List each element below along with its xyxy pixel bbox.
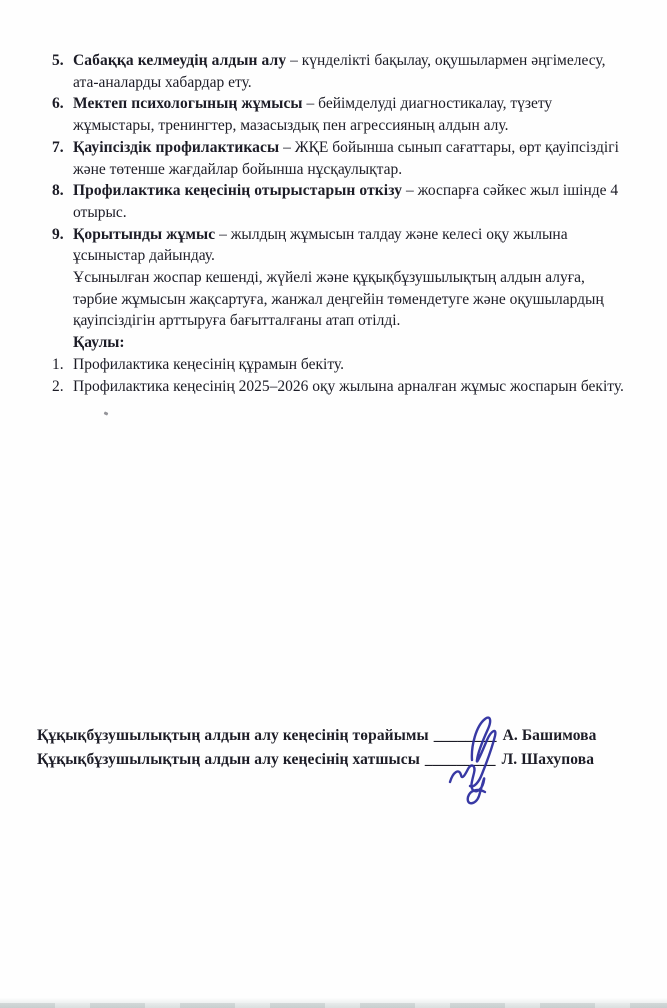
signature-row-secretary: Құқықбұзушылықтың алдын алу кеңесінің ха… (37, 748, 627, 772)
list-item-number: 7. (52, 137, 73, 159)
signature-line: ________ (434, 727, 497, 744)
signature-label: Құқықбұзушылықтың алдын алу кеңесінің ха… (37, 751, 420, 768)
list-item-number: 5. (52, 50, 73, 72)
list-item-lead: Қауіпсіздік профилактикасы (73, 139, 279, 156)
list-item-lead: Қорытынды жұмыс (73, 226, 215, 243)
list-item-number: 2. (52, 376, 73, 398)
list-item: 8. Профилактика кеңесінің отырыстарын от… (52, 180, 627, 223)
list-item-lead: Профилактика кеңесінің отырыстарын откіз… (73, 182, 402, 199)
signature-row-chairman: Құқықбұзушылықтың алдын алу кеңесінің тө… (37, 724, 627, 748)
resolution-heading: Қаулы: (73, 332, 627, 354)
list-item: 9. Қорытынды жұмыс – жылдың жұмысын талд… (52, 224, 627, 267)
signature-label: Құқықбұзушылықтың алдын алу кеңесінің тө… (37, 727, 429, 744)
list-item-number: 1. (52, 354, 73, 376)
list-item-text: Профилактика кеңесінің 2025–2026 оқу жыл… (73, 376, 627, 398)
scan-speck (104, 411, 109, 415)
list-item: 2. Профилактика кеңесінің 2025–2026 оқу … (52, 376, 627, 398)
signature-line: _________ (425, 751, 496, 768)
list-item-number: 6. (52, 93, 73, 115)
summary-paragraph: Ұсынылған жоспар кешенді, жүйелі және құ… (73, 267, 627, 332)
scan-bottom-edge (0, 995, 667, 1008)
list-item: 5. Сабаққа келмеудің алдын алу – күнделі… (52, 50, 627, 93)
list-item: 1. Профилактика кеңесінің құрамын бекіту… (52, 354, 627, 376)
list-item-number: 9. (52, 224, 73, 246)
list-item-number: 8. (52, 180, 73, 202)
list-item: 6. Мектеп психологының жұмысы – бейімдел… (52, 93, 627, 136)
document-page: 5. Сабаққа келмеудің алдын алу – күнделі… (0, 0, 667, 1008)
signature-block: Құқықбұзушылықтың алдын алу кеңесінің тө… (37, 724, 627, 772)
list-item-lead: Сабаққа келмеудің алдын алу (73, 52, 286, 69)
list-item-lead: Мектеп психологының жұмысы (73, 95, 303, 112)
list-item: 7. Қауіпсіздік профилактикасы – ЖҚЕ бойы… (52, 137, 627, 180)
signature-name: Л. Шахупова (502, 751, 595, 768)
resolution-list: 1. Профилактика кеңесінің құрамын бекіту… (52, 354, 627, 397)
plan-list: 5. Сабаққа келмеудің алдын алу – күнделі… (52, 50, 627, 267)
list-item-text: Профилактика кеңесінің құрамын бекіту. (73, 354, 627, 376)
signature-name: А. Башимова (503, 727, 597, 744)
